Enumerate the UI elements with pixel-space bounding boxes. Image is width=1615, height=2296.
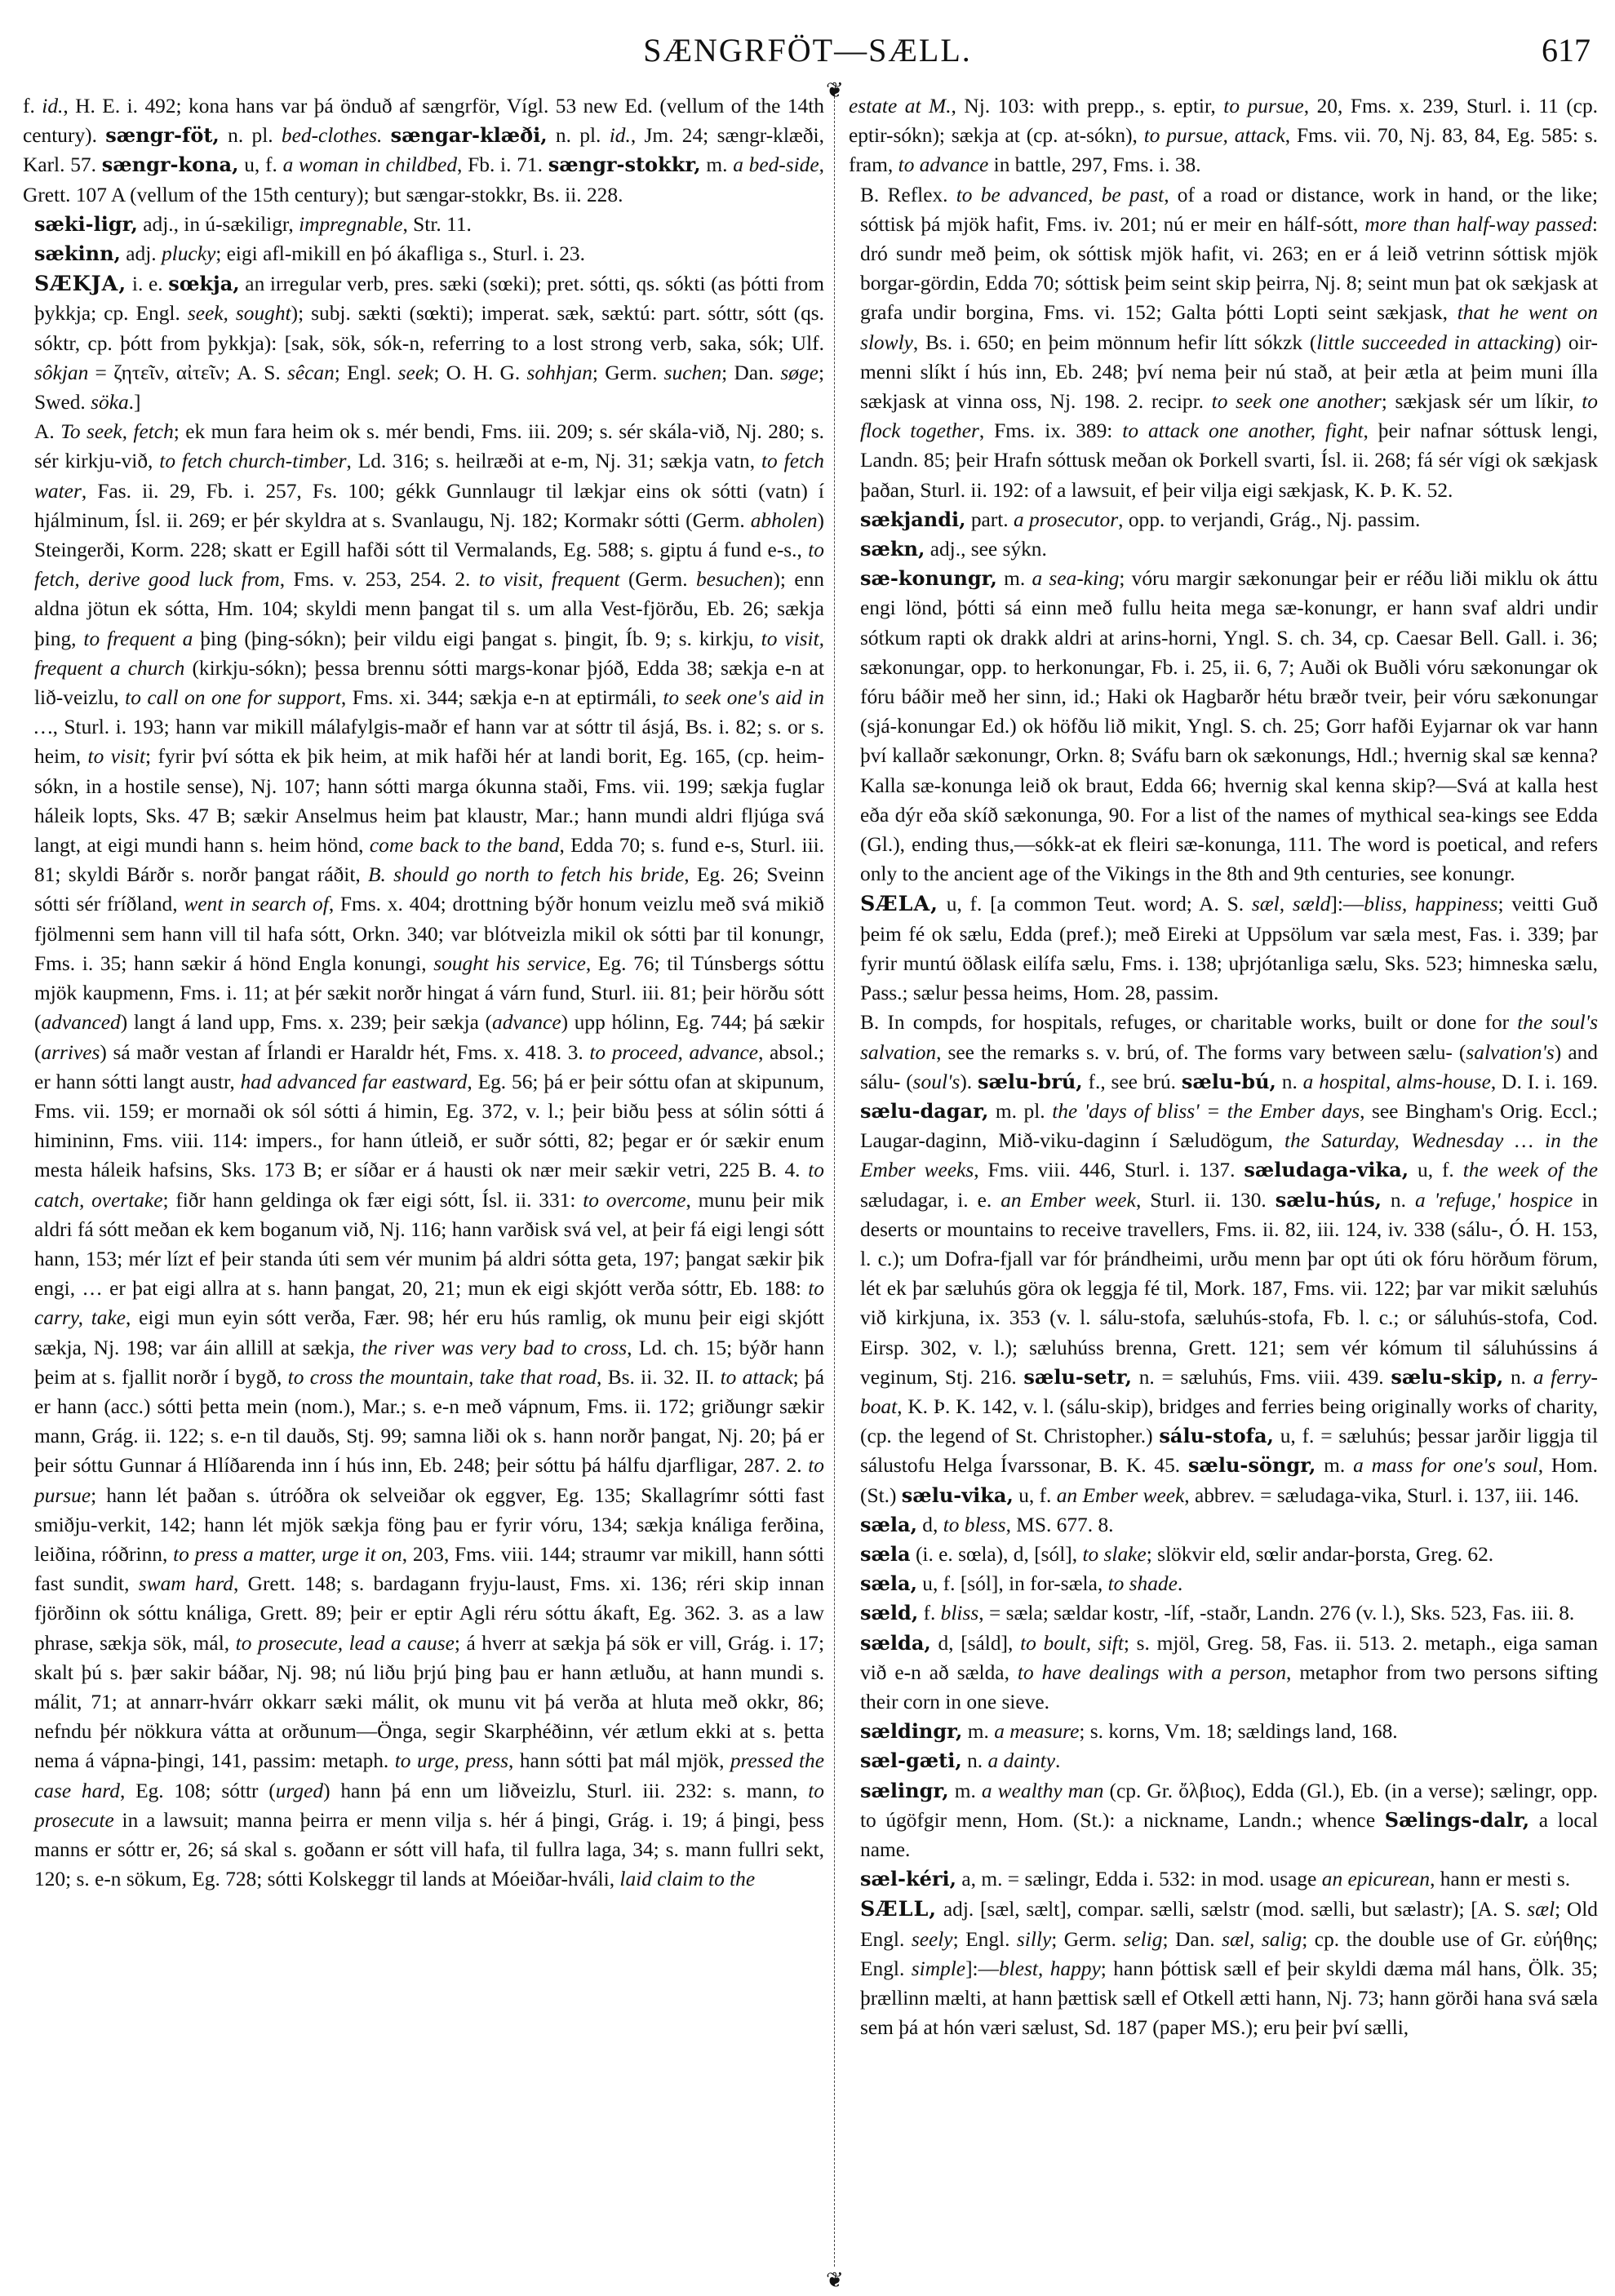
gloss-italic: selig xyxy=(1123,1928,1162,1951)
gloss-italic: to pursue xyxy=(1223,95,1303,117)
gloss-italic: sæl, salig xyxy=(1222,1928,1302,1951)
entry-text: ]:— xyxy=(965,1957,999,1980)
headword: sæl-gæti, xyxy=(860,1749,962,1772)
column-divider xyxy=(834,96,835,2267)
entry-text: m. xyxy=(701,153,734,176)
entry-text: f. xyxy=(918,1602,941,1624)
entry-text: d, xyxy=(917,1514,943,1536)
headword: sálu-stofa, xyxy=(1159,1424,1273,1447)
dictionary-entry: sæl-gæti, n. a dainty. xyxy=(849,1746,1598,1775)
headword: sælu-brú, xyxy=(978,1070,1083,1093)
gloss-italic: laid claim to the xyxy=(619,1868,755,1890)
headword: sæki-ligr, xyxy=(34,212,138,236)
headword: sælu-vika, xyxy=(902,1483,1014,1507)
headword: sælu-dagar, xyxy=(860,1099,988,1123)
gloss-italic: sæl xyxy=(1527,1898,1555,1921)
entry-text: , Nj. 103: with prepp., s. eptir, xyxy=(952,95,1224,117)
gloss-italic: a sea-king xyxy=(1032,567,1119,590)
entry-text: i. e. xyxy=(126,273,168,295)
headword: sæludaga-vika, xyxy=(1244,1158,1409,1181)
entry-text: ) langt á land upp, Fms. x. 239; þeir sæ… xyxy=(121,1011,492,1034)
entry-text: in deserts or mountains to receive trave… xyxy=(860,1189,1598,1389)
gloss-italic: To seek, fetch xyxy=(60,420,174,443)
page-title: SÆNGRFÖT—SÆLL. xyxy=(0,31,1615,69)
dictionary-entry: estate at M., Nj. 103: with prepp., s. e… xyxy=(849,91,1598,180)
entry-text: , Ld. 316; s. heilræði at e-m, Nj. 31; s… xyxy=(346,450,761,472)
gloss-italic: to press a matter, urge it on xyxy=(173,1543,402,1566)
gloss-italic: more than half-way passed xyxy=(1364,213,1592,236)
gloss-italic: an Ember week xyxy=(1001,1189,1136,1212)
entry-text: , abbrev. = sæludaga-vika, Sturl. i. 137… xyxy=(1184,1484,1579,1507)
entry-text: adj., see sýkn. xyxy=(925,538,1047,561)
gloss-italic: to slake xyxy=(1082,1543,1146,1566)
gloss-italic: a prosecutor xyxy=(1014,508,1118,531)
headword: sœkja, xyxy=(168,272,239,295)
gloss-italic: advanced xyxy=(41,1011,120,1034)
headword: sængr-stokkr, xyxy=(548,153,701,176)
entry-text: , Fms. v. 253, 254. 2. xyxy=(280,568,479,591)
entry-text: u, f. xyxy=(1409,1159,1463,1181)
entry-text: , Fms. ix. 389: xyxy=(979,419,1122,442)
entry-text: u, f. xyxy=(238,153,282,176)
entry-text: adj., in ú-sækiligr, xyxy=(138,213,299,236)
gloss-italic: sæl, sæld xyxy=(1252,893,1331,915)
entry-text: adj. [sæl, sælt], compar. sælli, sælstr … xyxy=(937,1898,1527,1921)
dictionary-entry: B. Reflex. to be advanced, be past, of a… xyxy=(849,180,1598,505)
gloss-italic: B. should go north to fetch his bride xyxy=(368,863,684,886)
entry-text: sæludagar, i. e. xyxy=(860,1189,1001,1212)
headword: sælu-bú, xyxy=(1182,1070,1276,1093)
gloss-italic: to advance xyxy=(898,153,989,176)
gloss-italic: besuchen xyxy=(696,568,773,591)
dictionary-entry: sæla (i. e. sœla), d, [sól], to slake; s… xyxy=(849,1540,1598,1569)
entry-text xyxy=(382,124,390,147)
entry-text: , Fas. ii. 29, Fb. i. 257, Fs. 100; gékk… xyxy=(34,480,824,532)
entry-text: u, f. [a common Teut. word; A. S. xyxy=(938,893,1252,915)
gloss-italic: impregnable xyxy=(299,213,402,236)
gloss-italic: a woman in childbed xyxy=(283,153,457,176)
dictionary-entry: sækn, adj., see sýkn. xyxy=(849,534,1598,564)
entry-text: f. xyxy=(23,95,42,117)
gloss-italic: went in search of xyxy=(184,893,328,915)
entry-text: ; Dan. xyxy=(721,361,780,384)
gloss-italic: id. xyxy=(42,95,63,117)
dictionary-entry: sældingr, m. a measure; s. korns, Vm. 18… xyxy=(849,1717,1598,1746)
gloss-italic: to attack one another, fight xyxy=(1122,419,1363,442)
gloss-italic: had advanced far eastward xyxy=(241,1070,468,1093)
entry-text: , Bs. i. 650; en þeim mönnum hefir lítt … xyxy=(913,331,1316,354)
headword: sælingr, xyxy=(860,1779,949,1802)
entry-text: part. xyxy=(965,508,1014,531)
gloss-italic: seely xyxy=(912,1928,953,1951)
gloss-italic: to seek one another xyxy=(1212,390,1382,413)
gloss-italic: simple xyxy=(912,1957,965,1980)
entry-text: m. xyxy=(962,1720,994,1743)
gloss-italic: an Ember week xyxy=(1057,1484,1185,1507)
gloss-italic: advance xyxy=(492,1011,561,1034)
dictionary-entry: sæla, d, to bless, MS. 677. 8. xyxy=(849,1510,1598,1540)
entry-text: , MS. 677. 8. xyxy=(1006,1514,1114,1536)
gloss-italic: to visit, frequent xyxy=(479,568,620,591)
gloss-italic: seek xyxy=(398,361,434,384)
entry-text: , Fms. viii. 446, Sturl. i. 137. xyxy=(974,1159,1244,1181)
gloss-italic: sêcan xyxy=(287,361,335,384)
headword: SÆLA, xyxy=(860,891,938,915)
gloss-italic: a wealthy man xyxy=(982,1780,1104,1802)
gloss-italic: to be advanced, be past xyxy=(956,184,1164,206)
entry-text: .] xyxy=(129,391,141,414)
entry-text: adj. xyxy=(121,242,162,265)
entry-text: f., see brú. xyxy=(1083,1070,1182,1093)
entry-text: u, f. xyxy=(1014,1484,1057,1507)
entry-text: ; Germ. xyxy=(592,361,664,384)
entry-text: (i. e. sœla), d, [sól], xyxy=(911,1543,1083,1566)
dictionary-entry: sæ-konungr, m. a sea-king; vóru margir s… xyxy=(849,564,1598,889)
dictionary-entry: sæl-kéri, a, m. = sælingr, Edda i. 532: … xyxy=(849,1864,1598,1894)
page-number: 617 xyxy=(1542,31,1591,69)
headword: sælu-hús, xyxy=(1276,1188,1382,1212)
gloss-italic: to bless xyxy=(943,1514,1006,1536)
entry-text: ; vóru margir sækonungar þeir er réðu li… xyxy=(860,567,1598,885)
entry-text: ) hann þá enn um liðveizlu, Sturl. iii. … xyxy=(323,1780,808,1802)
gloss-italic: to cross the mountain, take that road xyxy=(288,1366,597,1389)
gloss-italic: sohhjan xyxy=(527,361,592,384)
headword: sældingr, xyxy=(860,1719,962,1743)
dictionary-entry: sælingr, m. a wealthy man (cp. Gr. ὄλβιο… xyxy=(849,1776,1598,1865)
headword: sæ-konungr, xyxy=(860,566,997,590)
gloss-italic: plucky xyxy=(162,242,215,265)
entry-text: , Str. 11. xyxy=(402,213,471,236)
headword: sækjandi, xyxy=(860,508,965,531)
dictionary-entry: sækinn, adj. plucky; eigi afl-mikill en … xyxy=(23,239,824,268)
gloss-italic: a mass for one's soul xyxy=(1353,1454,1538,1477)
entry-text: ; sækjask sér um líkir, xyxy=(1382,390,1582,413)
dictionary-entry: sæla, u, f. [sól], in for-sæla, to shade… xyxy=(849,1569,1598,1598)
gloss-italic: to attack xyxy=(721,1366,793,1389)
entry-text: A. xyxy=(34,420,60,443)
column-ornament-bottom-icon: ❦ xyxy=(826,2268,844,2293)
entry-text: . xyxy=(1178,1572,1182,1595)
gloss-italic: salvation's xyxy=(1466,1041,1554,1064)
entry-text: ; Engl. xyxy=(953,1928,1017,1951)
dictionary-entry: sælda, d, [sáld], to boult, sift; s. mjö… xyxy=(849,1629,1598,1718)
headword: Sælings-dalr, xyxy=(1385,1808,1529,1832)
headword: sæld, xyxy=(860,1601,918,1624)
headword: sæl-kéri, xyxy=(860,1867,956,1890)
headword: sæla, xyxy=(860,1571,917,1595)
entry-text: a, m. = sælingr, Edda i. 532: in mod. us… xyxy=(956,1868,1322,1890)
entry-text: d, [sáld], xyxy=(931,1632,1020,1655)
dictionary-entry: SÆKJA, i. e. sœkja, an irregular verb, p… xyxy=(23,268,824,417)
entry-text: , Eg. 108; sóttr ( xyxy=(120,1780,276,1802)
entry-text: ; Dan. xyxy=(1162,1928,1222,1951)
entry-text: n. xyxy=(1503,1366,1533,1389)
gloss-italic: bliss, happiness xyxy=(1364,893,1497,915)
entry-text: ). xyxy=(960,1070,978,1093)
gloss-italic: to boult, sift xyxy=(1020,1632,1124,1655)
entry-text: n. pl. xyxy=(548,124,610,147)
page-header: SÆNGRFÖT—SÆLL. 617 xyxy=(0,31,1615,80)
entry-text: ; eigi afl-mikill en þó ákafliga s., Stu… xyxy=(215,242,585,265)
entry-text: ) sá maðr vestan af Írlandi er Haraldr h… xyxy=(100,1041,589,1064)
gloss-italic: a 'refuge,' hospice xyxy=(1415,1189,1573,1212)
entry-text: , D. I. i. 169. xyxy=(1491,1070,1598,1093)
gloss-italic: to frequent a xyxy=(83,627,193,650)
entry-text: m. pl. xyxy=(988,1100,1052,1123)
entry-text: , opp. to verjandi, Grág., Nj. passim. xyxy=(1118,508,1420,531)
gloss-italic: estate at M. xyxy=(849,95,952,117)
gloss-italic: to overcome xyxy=(583,1189,685,1212)
entry-text: , see the remarks s. v. brú, of. The for… xyxy=(936,1041,1466,1064)
entry-text: ; slökvir eld, sœlir andar-þorsta, Greg.… xyxy=(1147,1543,1493,1566)
gloss-italic: bed-clothes. xyxy=(282,124,382,147)
entry-text: ; O. H. G. xyxy=(433,361,526,384)
gloss-italic: to have dealings with a person xyxy=(1018,1661,1286,1684)
gloss-italic: urged xyxy=(276,1780,323,1802)
entry-text: ; Engl. xyxy=(335,361,398,384)
entry-text: ]:— xyxy=(1330,893,1364,915)
entry-text: , hann sótti þat mál mjök, xyxy=(508,1749,730,1772)
dictionary-entry: sæki-ligr, adj., in ú-sækiligr, impregna… xyxy=(23,210,824,239)
gloss-italic: a bed-side xyxy=(733,153,819,176)
gloss-italic: to shade xyxy=(1108,1572,1178,1595)
gloss-italic: arrives xyxy=(41,1041,100,1064)
entry-text: , Fb. i. 71. xyxy=(457,153,548,176)
gloss-italic: an epicurean xyxy=(1322,1868,1430,1890)
headword: sængr-föt, xyxy=(105,123,220,147)
entry-text: (Germ. xyxy=(620,568,696,591)
headword: sængr-kona, xyxy=(102,153,239,176)
gloss-italic: come back to the band xyxy=(370,834,560,857)
gloss-italic: swam hard xyxy=(139,1572,233,1595)
gloss-italic: seek, sought xyxy=(188,302,291,325)
gloss-italic: to pursue, attack xyxy=(1144,124,1285,147)
entry-text: B. Reflex. xyxy=(860,184,956,206)
entry-text: , hann er mesti s. xyxy=(1430,1868,1570,1890)
entry-text: þing (þing-sókn); þeir vildu eigi þangat… xyxy=(193,627,761,650)
headword: sælda, xyxy=(860,1631,931,1655)
gloss-italic: to fetch church-timber xyxy=(159,450,346,472)
entry-text: ; fiðr hann geldinga ok fær eigi sótt, Í… xyxy=(163,1189,583,1212)
gloss-italic: to urge, press xyxy=(395,1749,508,1772)
gloss-italic: a dainty xyxy=(987,1749,1055,1772)
gloss-italic: sought his service xyxy=(433,952,586,975)
entry-text: ; Germ. xyxy=(1051,1928,1123,1951)
headword: sælu-söngr, xyxy=(1188,1453,1316,1477)
gloss-italic: id. xyxy=(610,124,631,147)
entry-text: B. In compds, for hospitals, refuges, or… xyxy=(860,1011,1517,1034)
gloss-italic: to visit xyxy=(88,745,145,768)
gloss-italic: sôkjan xyxy=(34,361,88,384)
gloss-italic: the river was very bad to cross xyxy=(362,1336,627,1359)
gloss-italic: a measure xyxy=(994,1720,1079,1743)
dictionary-entry: SÆLA, u, f. [a common Teut. word; A. S. … xyxy=(849,889,1598,1008)
entry-text: n. xyxy=(1382,1189,1415,1212)
gloss-italic: the 'days of bliss' = the Ember days xyxy=(1052,1100,1360,1123)
dictionary-entry: A. To seek, fetch; ek mun fara heim ok s… xyxy=(23,417,824,1894)
headword: sæla, xyxy=(860,1513,917,1536)
entry-text: n. pl. xyxy=(220,124,282,147)
entry-text: n. xyxy=(1276,1070,1303,1093)
gloss-italic: bliss xyxy=(941,1602,979,1624)
entry-text: , Sturl. ii. 130. xyxy=(1136,1189,1276,1212)
headword: sælu-skip, xyxy=(1391,1365,1503,1389)
entry-text: u, f. [sól], in for-sæla, xyxy=(917,1572,1108,1595)
left-column: f. id., H. E. i. 492; kona hans var þá ö… xyxy=(23,91,824,1894)
gloss-italic: söka xyxy=(91,391,129,414)
gloss-italic: suchen xyxy=(664,361,722,384)
entry-text: ; s. korns, Vm. 18; sældings land, 168. xyxy=(1079,1720,1397,1743)
dictionary-entry: sæld, f. bliss, = sæla; sældar kostr, -l… xyxy=(849,1598,1598,1628)
headword: SÆLL, xyxy=(860,1896,937,1921)
gloss-italic: abholen xyxy=(751,509,818,532)
gloss-italic: a hospital, alms-house xyxy=(1303,1070,1491,1093)
headword: sækinn, xyxy=(34,242,121,265)
dictionary-entry: f. id., H. E. i. 492; kona hans var þá ö… xyxy=(23,91,824,210)
entry-text: m. xyxy=(997,567,1032,590)
entry-text: . xyxy=(1055,1749,1060,1772)
entry-text: n. xyxy=(962,1749,988,1772)
entry-text: , = sæla; sældar kostr, -líf, -staðr, La… xyxy=(978,1602,1574,1624)
gloss-italic: søge xyxy=(780,361,819,384)
gloss-italic: little succeeded in attacking xyxy=(1316,331,1554,354)
gloss-italic: to proceed, advance xyxy=(589,1041,758,1064)
headword: sækn, xyxy=(860,537,925,561)
dictionary-entry: sækjandi, part. a prosecutor, opp. to ve… xyxy=(849,505,1598,534)
gloss-italic: the week of the xyxy=(1463,1159,1598,1181)
gloss-italic: blest, happy xyxy=(999,1957,1101,1980)
entry-text: = ζητεῖν, αἰτεῖν; A. S. xyxy=(88,361,287,384)
gloss-italic: to call on one for support xyxy=(125,686,341,709)
right-column: estate at M., Nj. 103: with prepp., s. e… xyxy=(849,91,1598,2042)
entry-text: , Fms. xi. 344; sækja e-n at eptirmáli, xyxy=(341,686,663,709)
entry-text: n. = sæluhús, Fms. viii. 439. xyxy=(1132,1366,1391,1389)
gloss-italic: silly xyxy=(1017,1928,1051,1951)
headword: sæla xyxy=(860,1542,911,1566)
headword: sængar-klæði, xyxy=(391,123,548,147)
entry-text: in battle, 297, Fms. i. 38. xyxy=(988,153,1200,176)
headword: sælu-setr, xyxy=(1023,1365,1132,1389)
entry-text: m. xyxy=(949,1780,982,1802)
gloss-italic: soul's xyxy=(913,1070,961,1093)
gloss-italic: to prosecute, lead a cause xyxy=(236,1632,455,1655)
entry-text: m. xyxy=(1316,1454,1353,1477)
dictionary-entry: SÆLL, adj. [sæl, sælt], compar. sælli, s… xyxy=(849,1894,1598,2042)
entry-text: , Bs. ii. 32. II. xyxy=(597,1366,721,1389)
dictionary-entry: B. In compds, for hospitals, refuges, or… xyxy=(849,1008,1598,1509)
headword: SÆKJA, xyxy=(34,271,126,295)
